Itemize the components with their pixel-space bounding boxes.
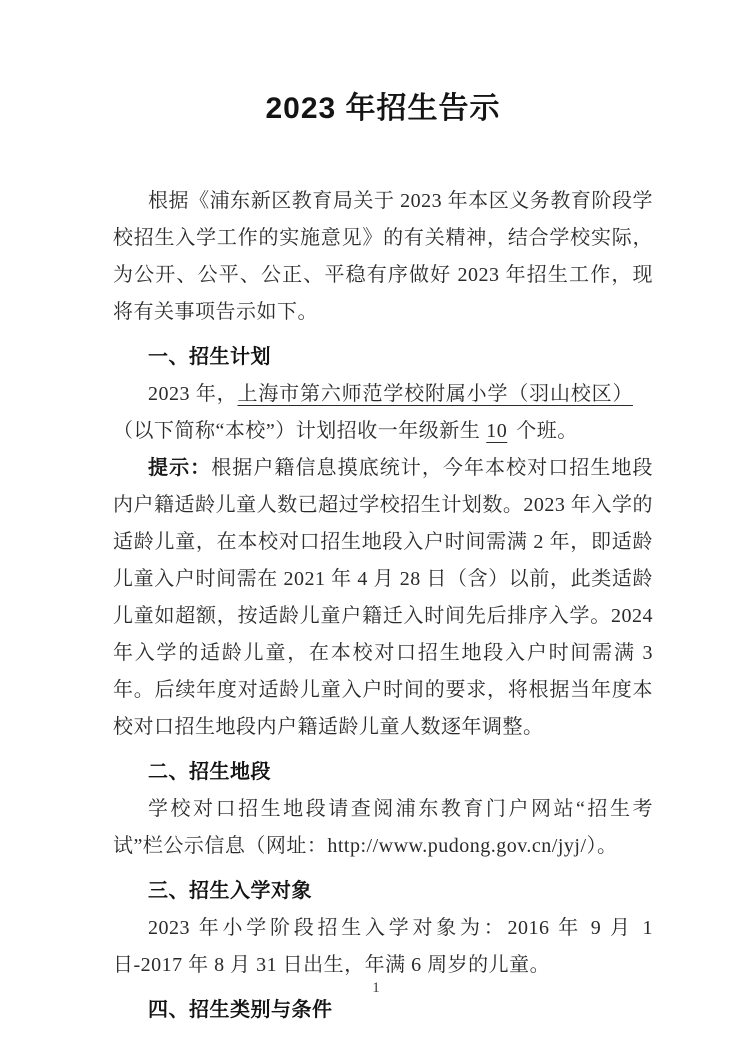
plan-suffix: 个班。 bbox=[516, 420, 578, 442]
document-title: 2023 年招生告示 bbox=[113, 88, 653, 130]
intro-paragraph: 根据《浦东新区教育局关于 2023 年本区义务教育阶段学校招生入学工作的实施意见… bbox=[113, 183, 653, 331]
tip-paragraph: 提示：根据户籍信息摸底统计，今年本校对口招生地段内户籍适龄儿童人数已超过学校招生… bbox=[113, 450, 653, 746]
document-page: 2023 年招生告示 根据《浦东新区教育局关于 2023 年本区义务教育阶段学校… bbox=[0, 0, 752, 1063]
page-number: 1 bbox=[0, 978, 752, 998]
target-age-paragraph: 2023 年小学阶段招生入学对象为：2016 年 9 月 1 日-2017 年 … bbox=[113, 910, 653, 984]
enrollment-plan-paragraph: 2023 年，上海市第六师范学校附属小学（羽山校区）（以下简称“本校”）计划招收… bbox=[113, 376, 653, 450]
tip-label: 提示： bbox=[148, 457, 211, 479]
section-3-heading: 三、招生入学对象 bbox=[113, 873, 653, 910]
section-2-heading: 二、招生地段 bbox=[113, 754, 653, 791]
plan-middle: （以下简称“本校”）计划招收一年级新生 bbox=[113, 420, 480, 442]
district-paragraph: 学校对口招生地段请查阅浦东教育门户网站“招生考试”栏公示信息（网址：http:/… bbox=[113, 791, 653, 865]
tip-text: 根据户籍信息摸底统计，今年本校对口招生地段内户籍适龄儿童人数已超过学校招生计划数… bbox=[113, 457, 653, 738]
school-name-underlined: 上海市第六师范学校附属小学（羽山校区） bbox=[238, 383, 650, 405]
section-1-heading: 一、招生计划 bbox=[113, 339, 653, 376]
plan-prefix: 2023 年， bbox=[148, 383, 238, 405]
class-count-underlined: 10 bbox=[480, 420, 516, 442]
